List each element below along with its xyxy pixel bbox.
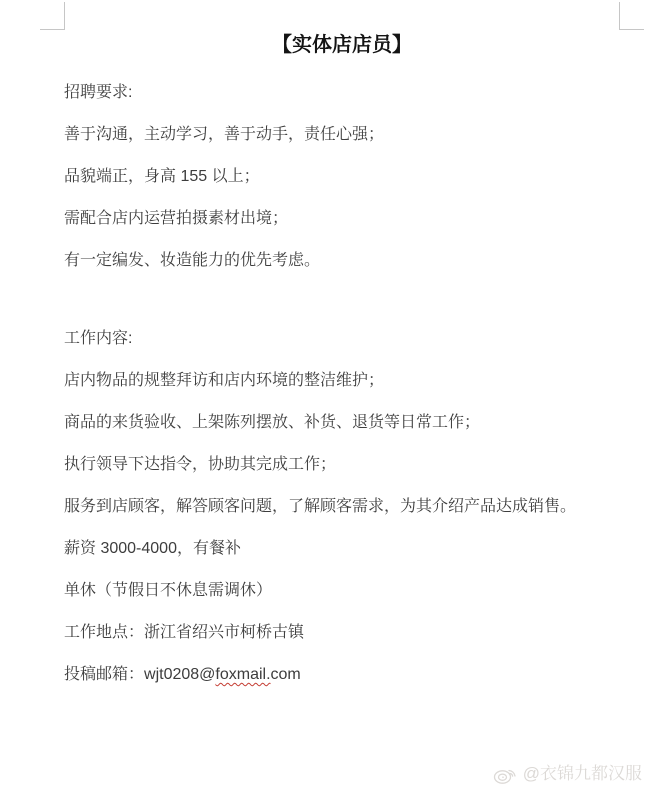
margin-mark-top-left-horizontal	[40, 29, 65, 30]
duty-line: 商品的来货验收、上架陈列摆放、补货、退货等日常工作；	[64, 414, 620, 432]
salary-line: 薪资 3000-4000，有餐补	[64, 540, 620, 558]
duty-line: 店内物品的规整拜访和店内环境的整洁维护；	[64, 372, 620, 390]
document-title: 【实体店店员】	[65, 31, 619, 59]
email-user: wjt0208@	[144, 666, 215, 683]
paragraph-gap	[64, 294, 620, 330]
watermark-text: @衣锦九都汉服	[523, 761, 642, 787]
requirement-line: 有一定编发、妆造能力的优先考虑。	[64, 252, 620, 270]
requirement-line: 需配合店内运营拍摄素材出境；	[64, 210, 620, 228]
email-domain-misspelled: foxmail.	[215, 666, 270, 683]
weibo-icon	[492, 761, 518, 787]
watermark: @衣锦九都汉服	[492, 761, 642, 787]
work-location-line: 工作地点：浙江省绍兴市柯桥古镇	[64, 624, 620, 642]
section-heading-duties: 工作内容:	[64, 330, 620, 348]
duty-line: 执行领导下达指令，协助其完成工作；	[64, 456, 620, 474]
document-body: 招聘要求: 善于沟通，主动学习，善于动手，责任心强； 品貌端正，身高 155 以…	[64, 84, 620, 708]
requirement-line: 善于沟通，主动学习，善于动手，责任心强；	[64, 126, 620, 144]
email-tld: com	[271, 666, 301, 683]
margin-mark-top-right-horizontal	[619, 29, 644, 30]
document-page: 【实体店店员】 招聘要求: 善于沟通，主动学习，善于动手，责任心强； 品貌端正，…	[0, 0, 646, 798]
rest-day-line: 单休（节假日不休息需调休）	[64, 582, 620, 600]
duty-line: 服务到店顾客，解答顾客问题，了解顾客需求，为其介绍产品达成销售。	[64, 498, 620, 516]
margin-mark-top-left-vertical	[64, 2, 65, 29]
requirement-line: 品貌端正，身高 155 以上；	[64, 168, 620, 186]
email-label: 投稿邮箱：	[64, 666, 144, 683]
email-line: 投稿邮箱：wjt0208@foxmail.com	[64, 666, 620, 684]
section-heading-requirements: 招聘要求:	[64, 84, 620, 102]
margin-mark-top-right-vertical	[619, 2, 620, 29]
